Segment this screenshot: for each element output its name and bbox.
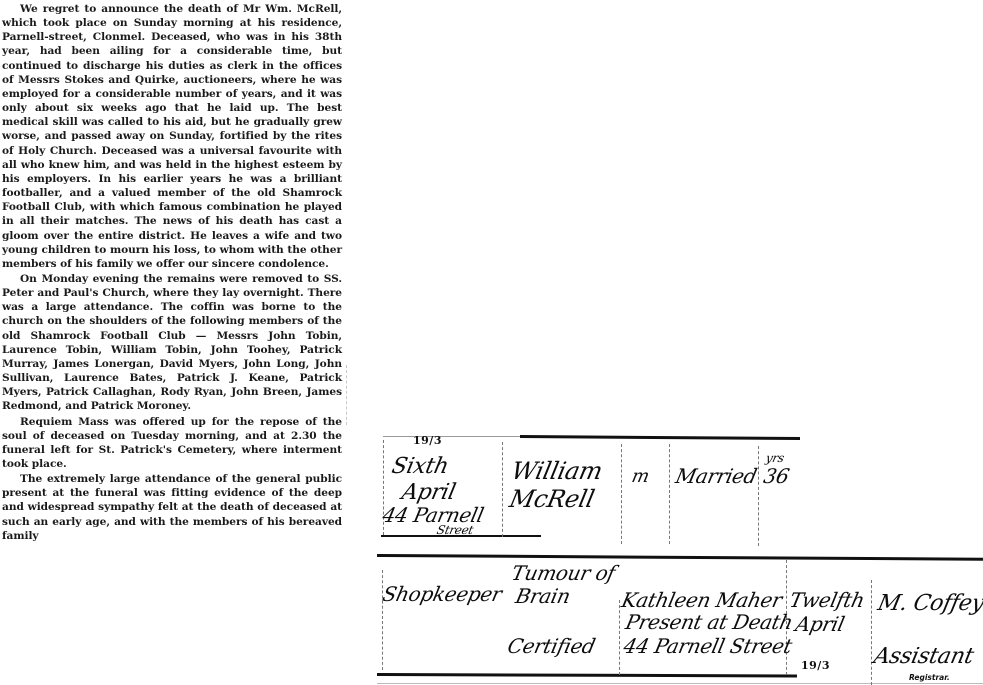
informant-name: Kathleen Maher (620, 590, 784, 610)
bottom-strip-bottom-edge (377, 683, 983, 684)
cause-certification: Certified (506, 636, 597, 656)
register-number-stamp-bottom: 19/3 (801, 659, 830, 672)
place-of-death-line1: 44 Parnell (381, 505, 486, 525)
age-units: yrs (765, 452, 785, 464)
registrar-printed-label: Registrar. (909, 673, 950, 682)
date-of-death-day: Sixth (390, 456, 451, 478)
top-strip-top-border (520, 435, 800, 440)
top-strip-top-border-left (383, 436, 523, 437)
top-strip-divider-name-sex (621, 444, 622, 544)
place-of-death-line2: Street (436, 524, 475, 536)
cause-of-death-line2: Brain (514, 586, 572, 606)
deceased-sex: m (630, 468, 651, 486)
registrar-title-handwritten: Assistant (872, 646, 976, 668)
marital-condition: Married (674, 466, 759, 486)
informant-residence: 44 Parnell Street (622, 636, 794, 656)
registrar-signature: M. Coffey (876, 593, 983, 615)
bottom-strip-left-edge (382, 570, 383, 670)
bottom-strip-top-border (377, 554, 983, 561)
bottom-strip-divider-date-registrar (871, 580, 872, 685)
registration-date-month: April (794, 614, 846, 634)
deceased-first-name: William (509, 459, 604, 483)
informant-qualification: Present at Death (624, 612, 795, 632)
newspaper-obituary-column: We regret to announce the death of Mr Wm… (2, 2, 342, 543)
column-divider (346, 365, 347, 425)
top-strip-divider-condition-age (758, 446, 759, 546)
register-number-stamp-top: 19/3 (413, 434, 442, 447)
obituary-paragraph-death-notice: We regret to announce the death of Mr Wm… (2, 2, 342, 271)
obituary-paragraph-requiem-mass: Requiem Mass was offered up for the repo… (2, 415, 342, 472)
top-strip-divider-date-name (502, 442, 503, 537)
bottom-strip-bottom-border (377, 673, 797, 677)
registration-date-day: Twelfth (788, 590, 866, 610)
obituary-paragraph-removal: On Monday evening the remains were remov… (2, 272, 342, 414)
deceased-occupation: Shopkeeper (381, 584, 504, 604)
deceased-surname: McRell (507, 487, 596, 511)
obituary-paragraph-attendance: The extremely large attendance of the ge… (2, 472, 342, 543)
top-strip-divider-sex-condition (669, 444, 670, 544)
age-at-death: 36 (762, 466, 791, 486)
cause-of-death-line1: Tumour of (510, 563, 617, 583)
date-of-death-month: April (400, 482, 458, 504)
